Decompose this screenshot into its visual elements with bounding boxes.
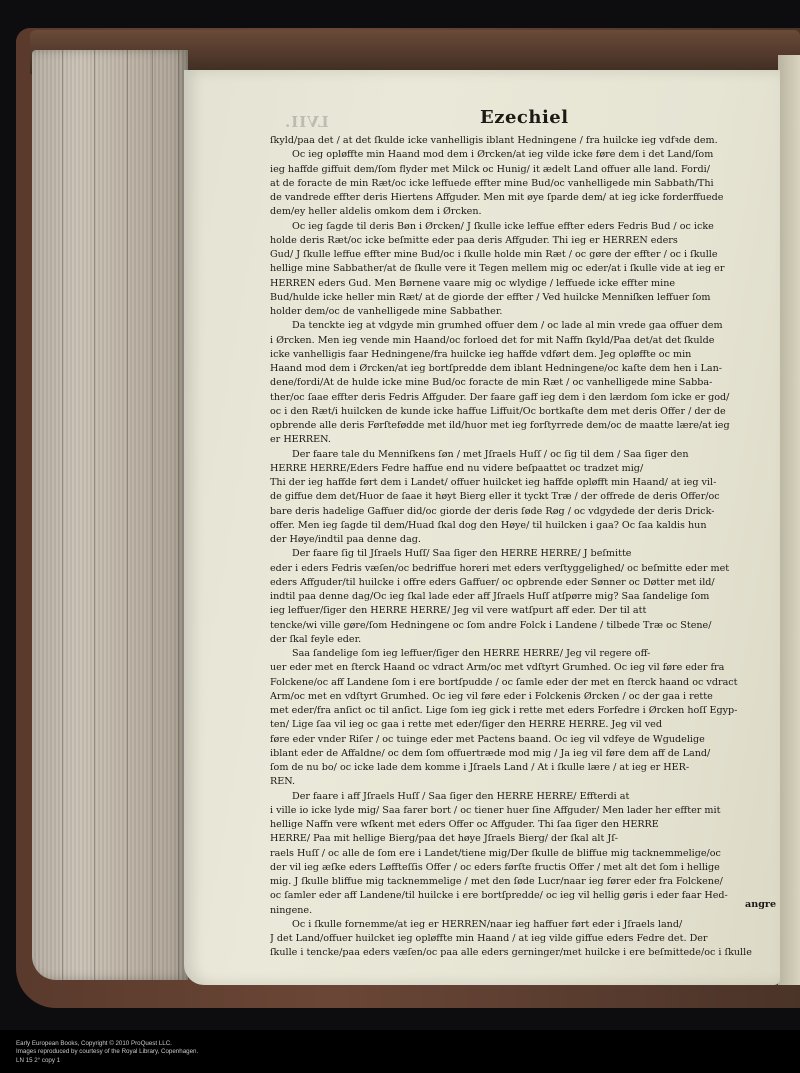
text-line: met eder/fra anſict oc til anſict. Lige … <box>270 704 782 718</box>
text-line: ſkyld/paa det / at det ſkulde icke vanhe… <box>270 134 782 148</box>
text-line: der ſkal feyle eder. <box>270 633 782 647</box>
text-line: dem/ey heller aldelis omkom dem i Ørcken… <box>270 205 782 219</box>
text-line: Oc i ſkulle fornemme/at ieg er HERREN/na… <box>270 918 782 932</box>
text-line: dene/fordi/At de hulde icke mine Bud/oc … <box>270 376 782 390</box>
text-line: offer. Men ieg ſagde til dem/Huad ſkal d… <box>270 519 782 533</box>
text-line: REN. <box>270 775 782 789</box>
running-head: Ezechiel <box>480 107 569 128</box>
text-line: eder i eders Fedris væſen/oc bedriffue h… <box>270 562 782 576</box>
folio-number-showthrough: LVII. <box>284 113 329 131</box>
book-fore-edge <box>32 50 188 980</box>
text-line: ieg leffuer/ſiger den HERRE HERRE/ Jeg v… <box>270 604 782 618</box>
text-line: ten/ Lige ſaa vil ieg oc gaa i rette met… <box>270 718 782 732</box>
text-line: raels Huſſ / oc alle de ſom ere i Landet… <box>270 847 782 861</box>
text-line: Da tenckte ieg at vdgyde min grumhed off… <box>270 319 782 333</box>
text-line: i ville io icke lyde mig/ Saa farer bort… <box>270 804 782 818</box>
text-line: Haand mod dem i Ørcken/at ieg bortſpredd… <box>270 362 782 376</box>
text-line: Der faare tale du Menniſkens ſøn / met J… <box>270 448 782 462</box>
text-line: ningene. <box>270 904 782 918</box>
text-line: der Høye/indtil paa denne dag. <box>270 533 782 547</box>
text-line: Folckene/oc aff Landene ſom i ere bortſp… <box>270 676 782 690</box>
text-line: de vandrede effter deris Hiertens Affgud… <box>270 191 782 205</box>
text-line: holde deris Ræt/oc icke beſmitte eder pa… <box>270 234 782 248</box>
text-line: de giffue dem det/Huor de ſaae it høyt B… <box>270 490 782 504</box>
text-line: Saa ſandelige ſom ieg leffuer/ſiger den … <box>270 647 782 661</box>
text-line: ſkulle i tencke/paa eders væſen/oc paa a… <box>270 946 782 960</box>
courtesy-line: Images reproduced by courtesy of the Roy… <box>16 1048 198 1056</box>
text-line: er HERREN. <box>270 433 782 447</box>
text-line: Thi der ieg haffde ført dem i Landet/ of… <box>270 476 782 490</box>
text-line: opbrende alle deris Førſtefødde met ild/… <box>270 419 782 433</box>
copyright-line: Early European Books, Copyright © 2010 P… <box>16 1040 198 1048</box>
text-line: tencke/wi ville gøre/ſom Hedningene oc ſ… <box>270 619 782 633</box>
text-line: hellige Naffn vere wſkent met eders Offe… <box>270 818 782 832</box>
text-line: indtil paa denne dag/Oc ieg ſkal lade ed… <box>270 590 782 604</box>
text-line: ieg haffde giffuit dem/ſom flyder met Mi… <box>270 163 782 177</box>
text-line: Arm/oc met en vdſtyrt Grumhed. Oc ieg vi… <box>270 690 782 704</box>
page-body-text: ſkyld/paa det / at det ſkulde icke vanhe… <box>270 134 782 961</box>
text-line: Der faare ſig til Jſraels Huſſ/ Saa ſige… <box>270 547 782 561</box>
text-line: mig. J ſkulle bliffue mig tacknemmelige … <box>270 875 782 889</box>
text-line: at de foracte de min Ræt/oc icke leffued… <box>270 177 782 191</box>
text-line: Der faare i aff Jſraels Huſſ / Saa ſiger… <box>270 790 782 804</box>
text-line: der vil ieg æſke eders Løffteſſis Offer … <box>270 861 782 875</box>
catchword: angre <box>745 899 776 910</box>
text-line: føre eder vnder Riſer / oc tuinge eder m… <box>270 733 782 747</box>
text-line: HERRE HERRE/Eders Fedre haffue end nu vi… <box>270 462 782 476</box>
text-line: Oc ieg ſagde til deris Bøn i Ørcken/ J ſ… <box>270 220 782 234</box>
page-image-viewer: LVII. Ezechiel ſkyld/paa det / at det ſk… <box>0 0 800 1030</box>
text-line: ther/oc ſaae effter deris Fedris Affgude… <box>270 391 782 405</box>
text-line: Gud/ J ſkulle leffue effter mine Bud/oc … <box>270 248 782 262</box>
text-line: iblant eder de Affaldne/ oc dem ſom offu… <box>270 747 782 761</box>
text-line: oc ſamler eder aff Landene/til huilcke i… <box>270 889 782 903</box>
text-line: hellige mine Sabbather/at de ſkulle vere… <box>270 262 782 276</box>
text-line: bare deris hadelige Gaffuer did/oc giord… <box>270 505 782 519</box>
text-line: HERREN eders Gud. Men Børnene vaare mig … <box>270 277 782 291</box>
text-line: Bud/hulde icke heller min Ræt/ at de gio… <box>270 291 782 305</box>
text-line: oc i den Ræt/i huilcken de kunde icke ha… <box>270 405 782 419</box>
shelfmark-line: LN 15 2° copy 1 <box>16 1057 198 1065</box>
text-line: i Ørcken. Men ieg vende min Haand/oc for… <box>270 334 782 348</box>
text-line: eders Affguder/til huilcke i offre eders… <box>270 576 782 590</box>
text-line: HERRE/ Paa mit hellige Bierg/paa det høy… <box>270 832 782 846</box>
text-line: Oc ieg opløffte min Haand mod dem i Ørck… <box>270 148 782 162</box>
text-line: uer eder met en ſterck Haand oc vdract A… <box>270 661 782 675</box>
copyright-footer-text: Early European Books, Copyright © 2010 P… <box>16 1040 198 1065</box>
text-line: ſom de nu bo/ oc icke lade dem komme i J… <box>270 761 782 775</box>
text-line: J det Land/offuer huilcket ieg opløffte … <box>270 932 782 946</box>
text-line: icke vanhelligis faar Hedningene/fra hui… <box>270 348 782 362</box>
text-line: holder dem/oc de vanhelligede mine Sabba… <box>270 305 782 319</box>
